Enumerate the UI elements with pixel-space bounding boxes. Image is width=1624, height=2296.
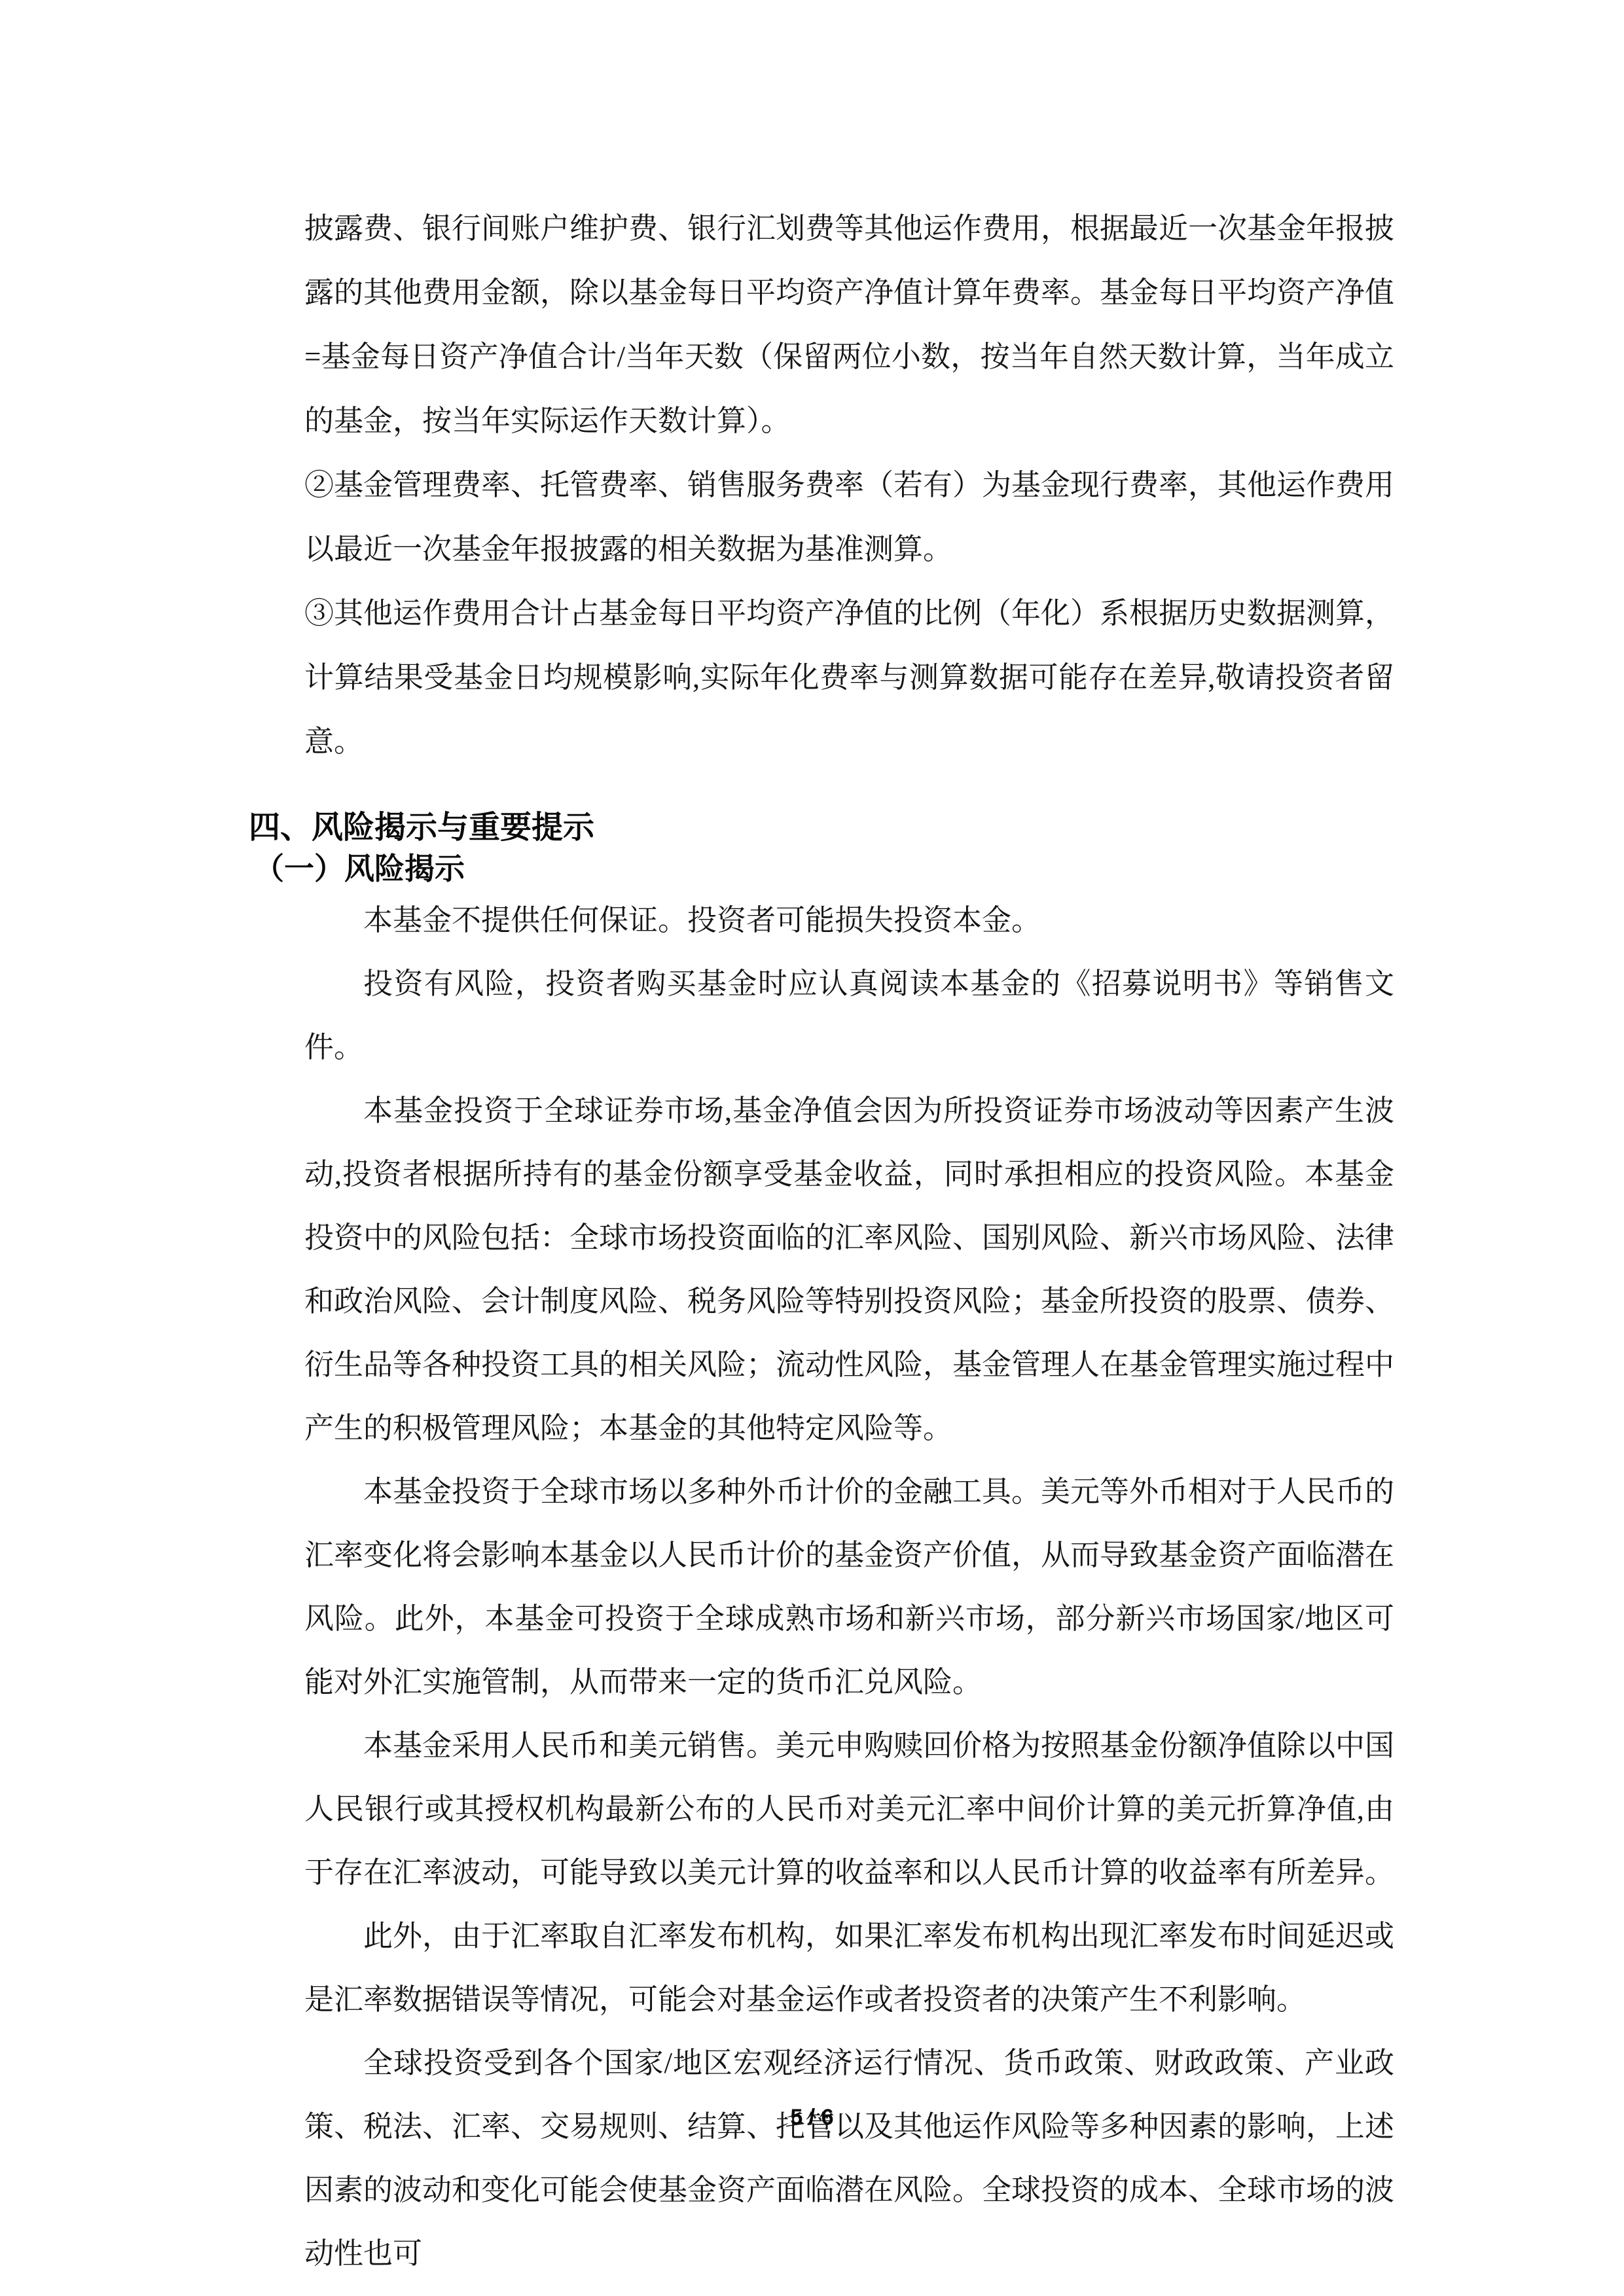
section-heading-risk-disclosure: 四、风险揭示与重要提示 bbox=[249, 808, 1394, 848]
fee-calculation-notes-section: 披露费、银行间账户维护费、银行汇划费等其他运作费用，根据最近一次基金年报披露的其… bbox=[304, 196, 1394, 774]
fees-paragraph-continuation: 披露费、银行间账户维护费、银行汇划费等其他运作费用，根据最近一次基金年报披露的其… bbox=[304, 196, 1394, 453]
risk-paragraph-foreign-currency: 本基金投资于全球市场以多种外币计价的金融工具。美元等外币相对于人民币的汇率变化将… bbox=[304, 1460, 1394, 1714]
page-number: 5 / 6 bbox=[0, 2102, 1624, 2132]
risk-disclosure-section: 本基金不提供任何保证。投资者可能损失投资本金。 投资有风险，投资者购买基金时应认… bbox=[304, 889, 1394, 2286]
subsection-heading-risk-disclosure: （一）风险揭示 bbox=[254, 848, 1394, 889]
fees-note-2: ②基金管理费率、托管费率、销售服务费率（若有）为基金现行费率，其他运作费用以最近… bbox=[304, 453, 1394, 581]
fees-note-3: ③其他运作费用合计占基金每日平均资产净值的比例（年化）系根据历史数据测算，计算结… bbox=[304, 581, 1394, 774]
risk-paragraph-macro-factors: 全球投资受到各个国家/地区宏观经济运行情况、货币政策、财政政策、产业政策、税法、… bbox=[304, 2032, 1394, 2286]
risk-paragraph-read-prospectus: 投资有风险，投资者购买基金时应认真阅读本基金的《招募说明书》等销售文件。 bbox=[304, 952, 1394, 1079]
risk-paragraph-no-guarantee: 本基金不提供任何保证。投资者可能损失投资本金。 bbox=[304, 889, 1394, 952]
document-content: 披露费、银行间账户维护费、银行汇划费等其他运作费用，根据最近一次基金年报披露的其… bbox=[304, 196, 1394, 2286]
risk-paragraph-usd-sales: 本基金采用人民币和美元销售。美元申购赎回价格为按照基金份额净值除以中国人民银行或… bbox=[304, 1714, 1394, 1905]
risk-paragraph-exchange-rate-source: 此外，由于汇率取自汇率发布机构，如果汇率发布机构出现汇率发布时间延迟或是汇率数据… bbox=[304, 1905, 1394, 2032]
document-page: 披露费、银行间账户维护费、银行汇划费等其他运作费用，根据最近一次基金年报披露的其… bbox=[0, 0, 1624, 2296]
risk-paragraph-global-markets: 本基金投资于全球证券市场,基金净值会因为所投资证券市场波动等因素产生波动,投资者… bbox=[304, 1079, 1394, 1460]
